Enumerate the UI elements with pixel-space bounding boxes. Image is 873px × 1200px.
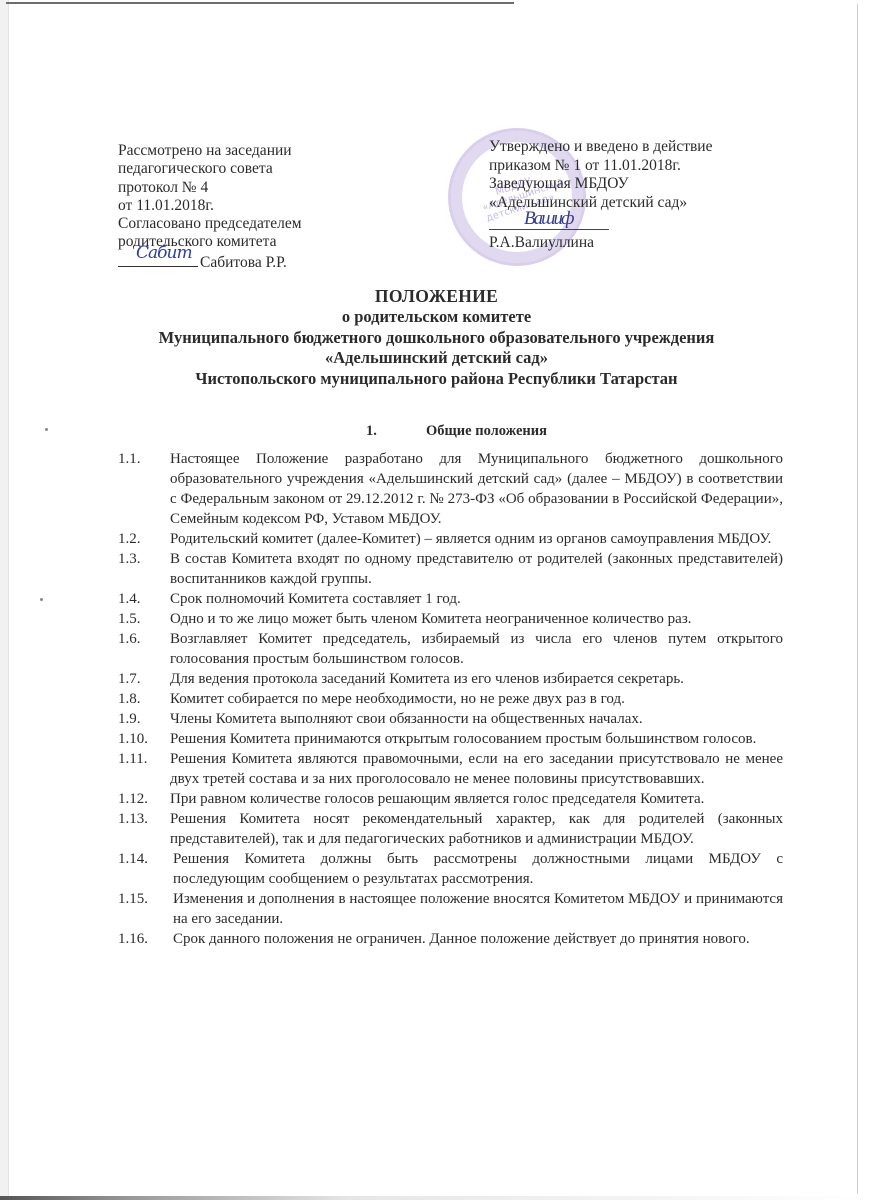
signature-line xyxy=(489,229,609,230)
item-text: Решения Комитета должны быть рассмотрены… xyxy=(170,849,783,889)
title-main: ПОЛОЖЕНИЕ xyxy=(0,286,873,307)
approval-line: «Адельшинский детский сад» xyxy=(489,194,712,213)
item-number: 1.5. xyxy=(118,609,170,629)
scan-left-margin xyxy=(0,0,9,1200)
approval-line: Согласовано председателем xyxy=(118,215,302,233)
approval-block-left: Рассмотрено на заседании педагогического… xyxy=(118,142,302,272)
item-number: 1.15. xyxy=(118,889,170,929)
item-text: Срок полномочий Комитета составляет 1 го… xyxy=(170,589,783,609)
signature-row: СабитСабитова Р.Р. xyxy=(118,252,302,272)
item-text: Члены Комитета выполняют свои обязанност… xyxy=(170,709,783,729)
item-text: Изменения и дополнения в настоящее полож… xyxy=(170,889,783,929)
list-item: 1.16.Срок данного положения не ограничен… xyxy=(118,929,783,949)
list-item: 1.12.При равном количестве голосов решаю… xyxy=(118,789,783,809)
title-region: Чистопольского муниципального района Рес… xyxy=(0,369,873,390)
item-number: 1.13. xyxy=(118,809,170,849)
item-number: 1.2. xyxy=(118,529,170,549)
approval-line: Заведующая МБДОУ xyxy=(489,175,712,194)
list-item: 1.8.Комитет собирается по мере необходим… xyxy=(118,689,783,709)
item-text: Срок данного положения не ограничен. Дан… xyxy=(170,929,783,949)
section-heading: 1.Общие положения xyxy=(0,423,873,440)
handwritten-signature: Сабит xyxy=(136,244,192,262)
approval-line: Рассмотрено на заседании xyxy=(118,142,302,160)
list-item: 1.14.Решения Комитета должны быть рассмо… xyxy=(118,849,783,889)
approval-line: протокол № 4 xyxy=(118,179,302,197)
signature-line: Сабит xyxy=(118,252,198,267)
signature-area: Вашиф xyxy=(489,212,712,234)
section-number: 1. xyxy=(366,423,426,440)
section-title: Общие положения xyxy=(426,423,547,439)
item-text: Решения Комитета принимаются открытым го… xyxy=(170,729,783,749)
signatory-name: Р.А.Валиуллина xyxy=(489,234,712,253)
item-text: Родительский комитет (далее-Комитет) – я… xyxy=(170,529,783,549)
approval-line: Утверждено и введено в действие xyxy=(489,138,712,157)
list-item: 1.2.Родительский комитет (далее-Комитет)… xyxy=(118,529,783,549)
provisions-list: 1.1.Настоящее Положение разработано для … xyxy=(118,449,783,949)
item-text: Возглавляет Комитет председатель, избира… xyxy=(170,629,783,669)
item-number: 1.4. xyxy=(118,589,170,609)
list-item: 1.10.Решения Комитета принимаются открыт… xyxy=(118,729,783,749)
list-item: 1.5.Одно и то же лицо может быть членом … xyxy=(118,609,783,629)
list-item: 1.3.В состав Комитета входят по одному п… xyxy=(118,549,783,589)
item-number: 1.3. xyxy=(118,549,170,589)
item-number: 1.1. xyxy=(118,449,170,529)
list-item: 1.4.Срок полномочий Комитета составляет … xyxy=(118,589,783,609)
item-text: Комитет собирается по мере необходимости… xyxy=(170,689,783,709)
item-number: 1.11. xyxy=(118,749,170,789)
item-number: 1.9. xyxy=(118,709,170,729)
item-number: 1.6. xyxy=(118,629,170,669)
list-item: 1.1.Настоящее Положение разработано для … xyxy=(118,449,783,529)
item-text: В состав Комитета входят по одному предс… xyxy=(170,549,783,589)
list-item: 1.6.Возглавляет Комитет председатель, из… xyxy=(118,629,783,669)
item-text: Решения Комитета носят рекомендательный … xyxy=(170,809,783,849)
title-subtitle: о родительском комитете xyxy=(0,307,873,328)
approval-block-right: Утверждено и введено в действие приказом… xyxy=(489,138,712,253)
list-item: 1.7.Для ведения протокола заседаний Коми… xyxy=(118,669,783,689)
item-number: 1.10. xyxy=(118,729,170,749)
list-item: 1.13.Решения Комитета носят рекомендател… xyxy=(118,809,783,849)
approval-line: от 11.01.2018г. xyxy=(118,197,302,215)
item-text: Для ведения протокола заседаний Комитета… xyxy=(170,669,783,689)
handwritten-signature: Вашиф xyxy=(524,210,572,229)
scan-top-edge xyxy=(6,2,514,4)
signatory-name: Сабитова Р.Р. xyxy=(200,254,287,271)
list-item: 1.11.Решения Комитета являются правомочн… xyxy=(118,749,783,789)
approval-line: приказом № 1 от 11.01.2018г. xyxy=(489,157,712,176)
scan-bottom-edge xyxy=(0,1196,873,1200)
title-institution: Муниципального бюджетного дошкольного об… xyxy=(0,328,873,349)
item-number: 1.16. xyxy=(118,929,170,949)
list-item: 1.9.Члены Комитета выполняют свои обязан… xyxy=(118,709,783,729)
approval-line: педагогического совета xyxy=(118,160,302,178)
item-number: 1.8. xyxy=(118,689,170,709)
item-text: При равном количестве голосов решающим я… xyxy=(170,789,783,809)
scan-right-edge xyxy=(857,4,858,1194)
item-text: Одно и то же лицо может быть членом Коми… xyxy=(170,609,783,629)
item-number: 1.12. xyxy=(118,789,170,809)
item-text: Решения Комитета являются правомочными, … xyxy=(170,749,783,789)
list-item: 1.15.Изменения и дополнения в настоящее … xyxy=(118,889,783,929)
title-institution-name: «Адельшинский детский сад» xyxy=(0,348,873,369)
scan-speck xyxy=(40,598,43,601)
item-number: 1.14. xyxy=(118,849,170,889)
item-number: 1.7. xyxy=(118,669,170,689)
document-title: ПОЛОЖЕНИЕ о родительском комитете Муници… xyxy=(0,286,873,389)
item-text: Настоящее Положение разработано для Муни… xyxy=(170,449,783,529)
